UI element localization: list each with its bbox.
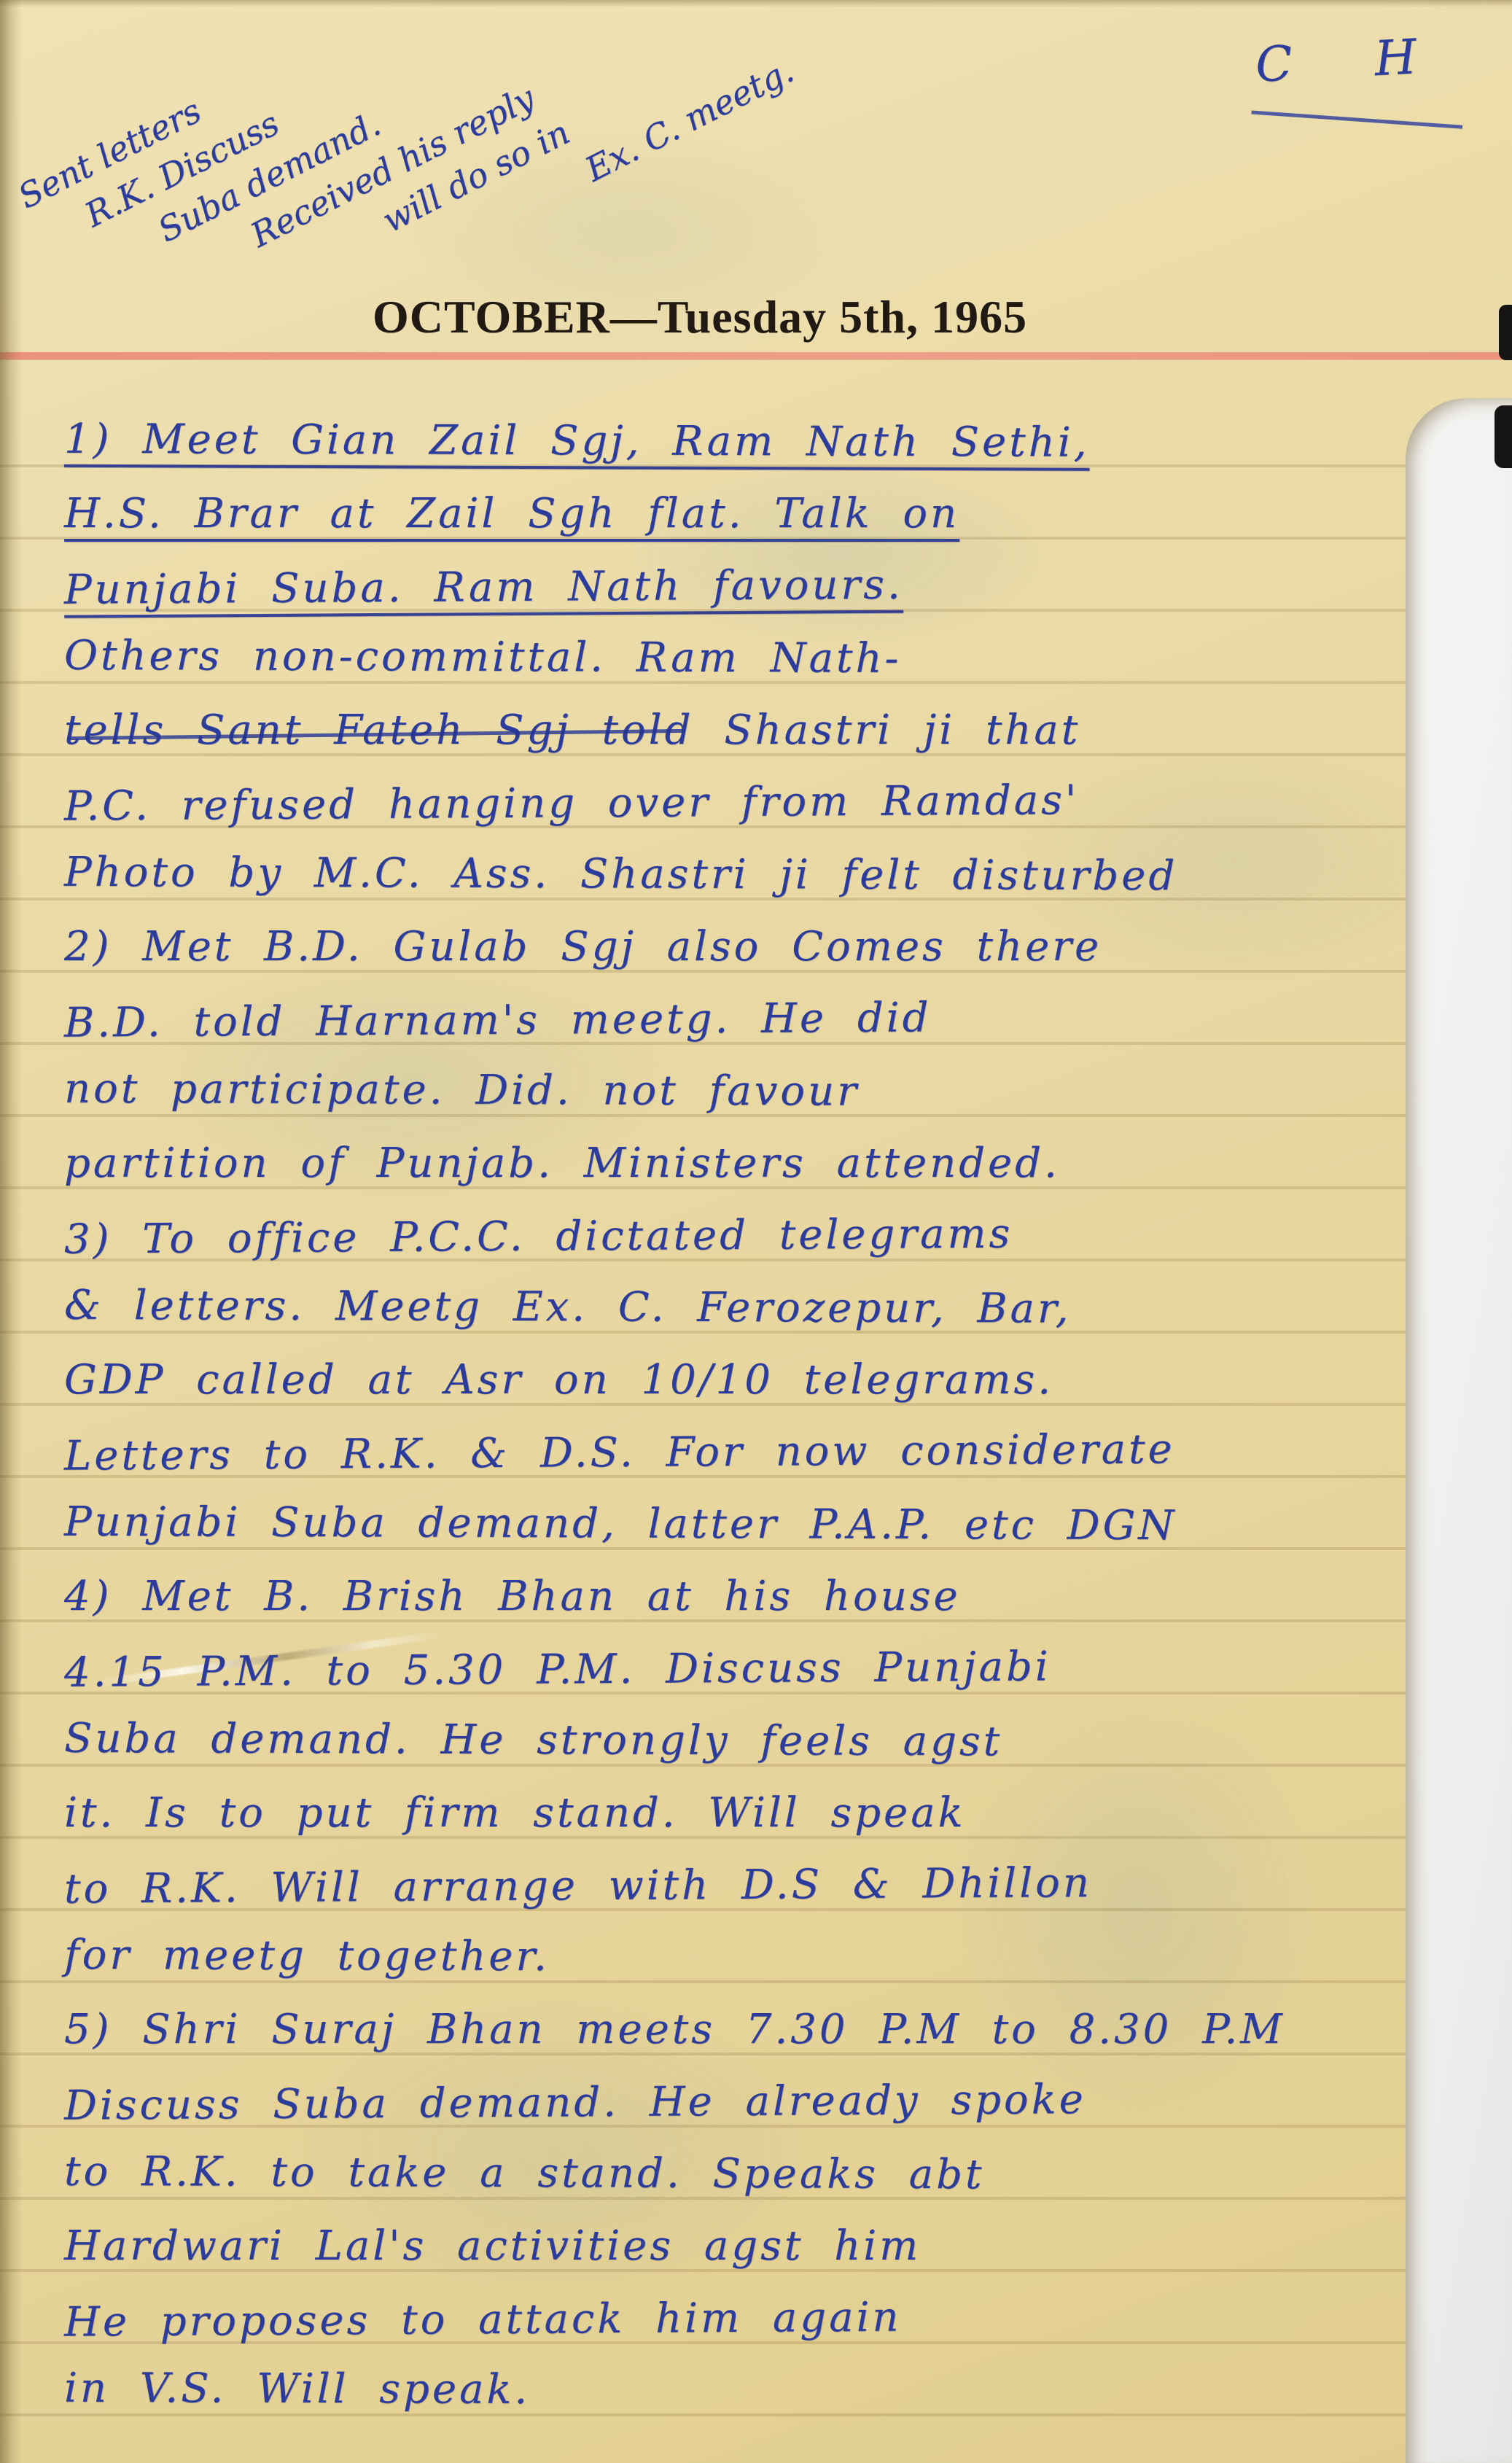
hand-line: Letters to R.K. & D.S. For now considera… <box>64 1412 1406 1492</box>
hand-line: P.C. refused hanging over from Ramdas' <box>64 762 1406 842</box>
hand-line: Photo by M.C. Ass. Shastri ji felt distu… <box>64 836 1406 913</box>
hand-line: 5) Shri Suraj Bhan meets 7.30 P.M to 8.3… <box>64 1993 1406 2066</box>
underlying-white-sheet <box>1406 398 1512 2463</box>
hand-line: to R.K. to take a stand. Speaks abt <box>64 2136 1406 2212</box>
hand-line: Hardwari Lal's activities agst him <box>64 2210 1406 2282</box>
diary-page: OCTOBER—Tuesday 5th, 1965 Sent lettersR.… <box>0 0 1512 2463</box>
edge-print-fragment <box>1499 305 1512 360</box>
hand-line: Discuss Suba demand. He already spoke <box>64 2061 1406 2141</box>
diary-page-photo: { "page": { "header_title": "OCTOBER—Tue… <box>0 0 1512 2463</box>
hand-line: Suba demand. He strongly feels agst <box>64 1703 1406 1779</box>
hand-line: Punjabi Suba demand, latter P.A.P. etc D… <box>64 1486 1406 1563</box>
hand-line: tells Sant Fateh Sgj told Shastri ji tha… <box>64 694 1406 766</box>
hand-line: not participate. Did. not favour <box>64 1053 1406 1129</box>
hand-line: in V.S. Will speak. <box>64 2352 1406 2429</box>
hand-line: & letters. Meetg Ex. C. Ferozepur, Bar, <box>64 1269 1406 1346</box>
diary-body-text: 1) Meet Gian Zail Sgj, Ram Nath Sethi,H.… <box>64 405 1406 2427</box>
hand-line: to R.K. Will arrange with D.S & Dhillon <box>64 1845 1406 1925</box>
hand-line: GDP called at Asr on 10/10 telegrams. <box>64 1344 1406 1416</box>
hand-line: for meetg together. <box>64 1919 1406 1996</box>
hand-line: Punjabi Suba. Ram Nath favours. <box>64 545 1406 626</box>
hand-line: 4.15 P.M. to 5.30 P.M. Discuss Punjabi <box>64 1628 1406 1708</box>
hand-line: 1) Meet Gian Zail Sgj, Ram Nath Sethi, <box>64 403 1406 480</box>
hand-line: Others non-committal. Ram Nath- <box>64 620 1406 696</box>
edge-print-fragment <box>1495 405 1512 468</box>
spine-shadow <box>0 0 22 2463</box>
hand-line: it. Is to put firm stand. Will speak <box>64 1777 1406 1849</box>
hand-line: 2) Met B.D. Gulab Sgj also Comes there <box>64 911 1406 983</box>
corner-mark: C H <box>1254 27 1446 93</box>
hand-line: partition of Punjab. Ministers attended. <box>64 1127 1406 1199</box>
top-annotation: Sent lettersR.K. DiscussSuba demand.Rece… <box>10 0 1242 427</box>
hand-line: 3) To office P.C.C. dictated telegrams <box>64 1195 1406 1275</box>
hand-line: B.D. told Harnam's meetg. He did <box>64 978 1406 1059</box>
hand-line: He proposes to attack him again <box>64 2278 1406 2358</box>
hand-line: H.S. Brar at Zail Sgh flat. Talk on <box>64 478 1406 550</box>
hand-line: 4) Met B. Brish Bhan at his house <box>64 1560 1406 1633</box>
